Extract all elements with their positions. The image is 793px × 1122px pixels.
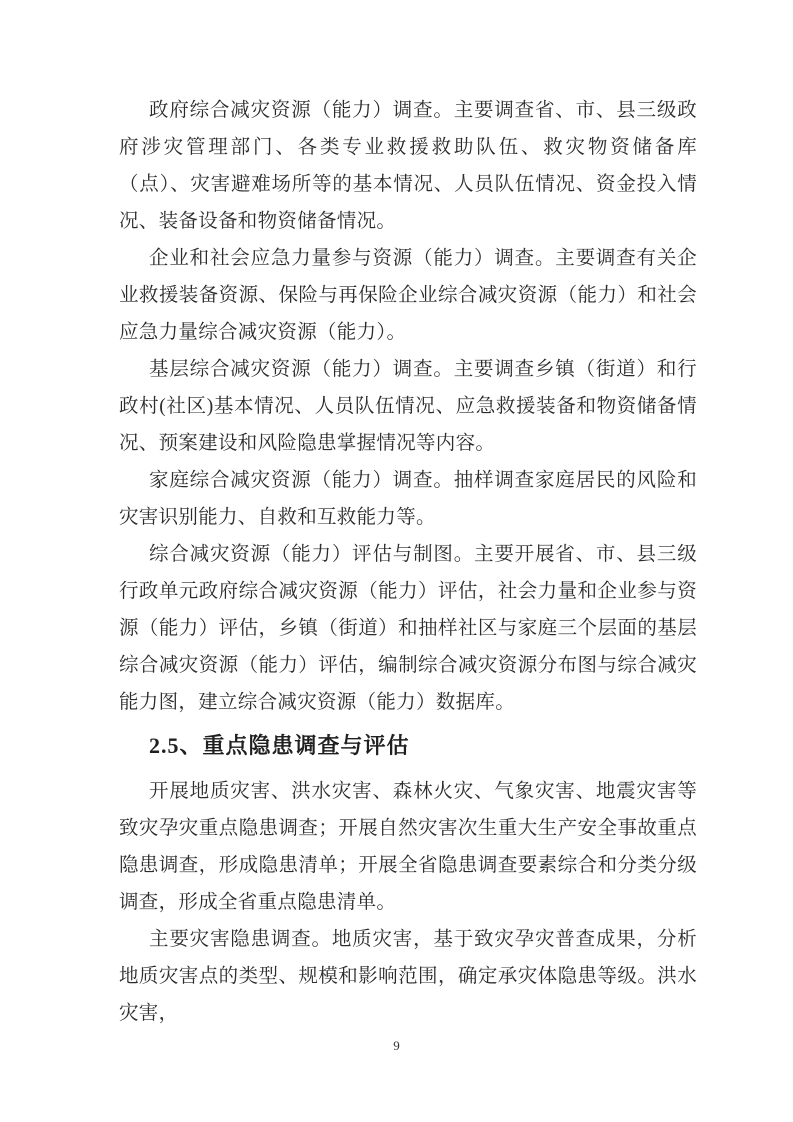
page-number: 9 xyxy=(0,1037,793,1055)
paragraph: 家庭综合减灾资源（能力）调查。抽样调查家庭居民的风险和灾害识别能力、自救和互救能… xyxy=(119,462,697,536)
paragraph: 综合减灾资源（能力）评估与制图。主要开展省、市、县三级行政单元政府综合减灾资源（… xyxy=(119,536,697,721)
paragraph: 政府综合减灾资源（能力）调查。主要调查省、市、县三级政府涉灾管理部门、各类专业救… xyxy=(119,92,697,240)
paragraph: 开展地质灾害、洪水灾害、森林火灾、气象灾害、地震灾害等致灾孕灾重点隐患调查；开展… xyxy=(119,773,697,921)
section-heading: 2.5、重点隐患调查与评估 xyxy=(119,726,697,766)
paragraph: 基层综合减灾资源（能力）调查。主要调查乡镇（街道）和行政村(社区)基本情况、人员… xyxy=(119,351,697,462)
document-page: 政府综合减灾资源（能力）调查。主要调查省、市、县三级政府涉灾管理部门、各类专业救… xyxy=(0,0,793,1122)
paragraph: 主要灾害隐患调查。地质灾害，基于致灾孕灾普查成果，分析地质灾害点的类型、规模和影… xyxy=(119,921,697,1032)
paragraph: 企业和社会应急力量参与资源（能力）调查。主要调查有关企业救援装备资源、保险与再保… xyxy=(119,240,697,351)
document-body: 政府综合减灾资源（能力）调查。主要调查省、市、县三级政府涉灾管理部门、各类专业救… xyxy=(119,92,697,1032)
